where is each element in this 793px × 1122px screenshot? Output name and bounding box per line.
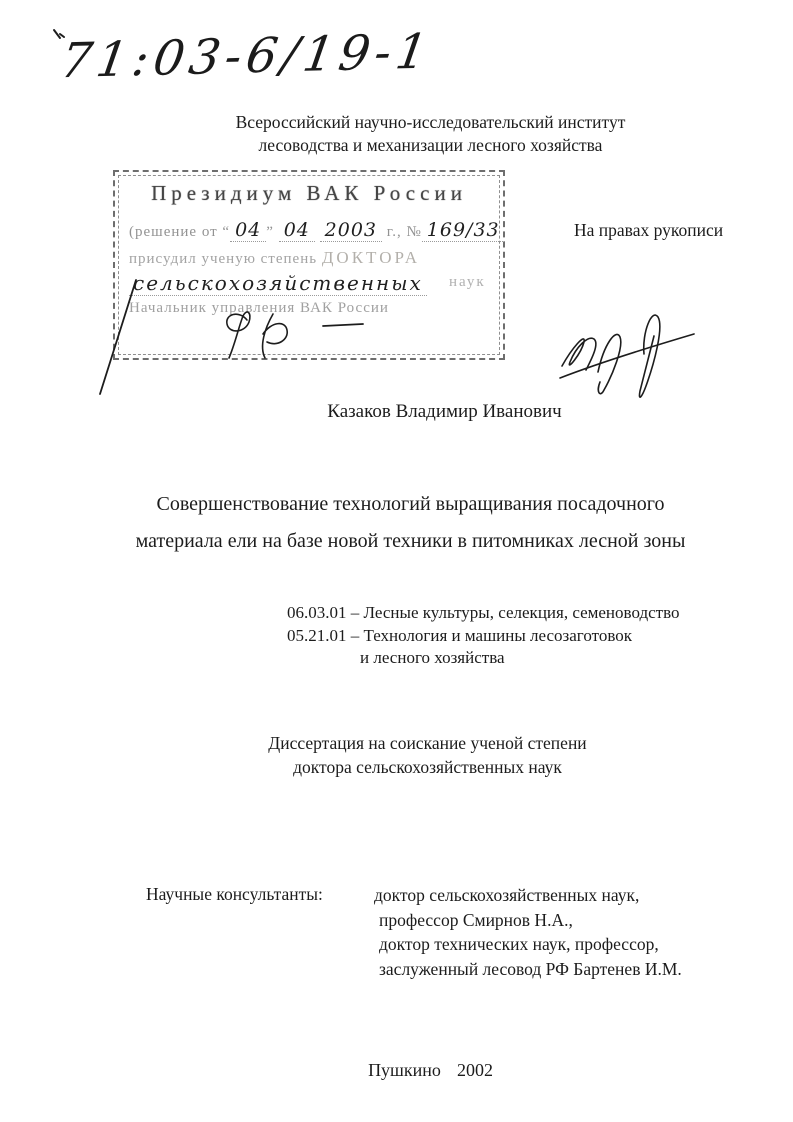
specialty-2: 05.21.01 – Технология и машины лесозагот… [287,625,680,648]
vak-stamp: Президиум ВАК России (решение от “04” 04… [113,170,505,360]
stamp-degree-value: ДОКТОРА [322,248,420,267]
stamp-decision-closequote: ” [266,224,274,240]
pen-stroke [92,278,142,398]
manuscript-note: На правах рукописи [574,220,774,241]
imprint: Пушкино2002 [34,1060,793,1081]
stamp-decision-prefix: (решение от “ [129,224,230,240]
consultants-list: доктор сельскохозяйственных наук, профес… [374,884,682,982]
dissertation-note-line1: Диссертация на соискание ученой степени [31,731,793,755]
stamp-field-line: сельскохозяйственных наук [129,271,427,295]
specialty-2-continued: и лесного хозяйства [360,647,680,670]
stamp-field-printed: наук [449,274,486,291]
author-signature [552,292,702,407]
institution-line2: лесоводства и механизации лесного хозяйс… [34,134,793,157]
imprint-year: 2002 [457,1060,493,1080]
imprint-city: Пушкино [368,1060,441,1080]
stamp-degree-prefix: присудил ученую степень [129,251,317,267]
consultants-label: Научные консультанты: [146,884,323,905]
consultant-degree-2: доктор технических наук, профессор, [379,933,682,957]
stamp-title: Президиум ВАК России [115,181,503,206]
dissertation-note-line2: доктора сельскохозяйственных наук [31,755,793,779]
author-name: Казаков Владимир Иванович [48,401,793,423]
dissertation-title-line1: Совершенствование технологий выращивания… [14,486,793,523]
stamp-decision-day: 04 [230,219,266,242]
stamp-degree-line: присудил ученую степень ДОКТОРА [129,248,420,268]
dissertation-note: Диссертация на соискание ученой степени … [31,731,793,779]
stamp-decision-number: 169/33 [422,219,505,242]
consultant-degree-1: доктор сельскохозяйственных наук, [374,884,682,908]
stamp-decision-month: 04 [279,219,315,242]
institution-line1: Всероссийский научно-исследовательский и… [34,111,793,134]
institution-name: Всероссийский научно-исследовательский и… [34,111,793,157]
consultant-name-2: заслуженный лесовод РФ Бартенев И.М. [379,958,682,982]
stamp-signature [195,300,425,362]
stamp-decision-middle: г., № [387,224,422,240]
inventory-number: 71:03-6/19-1 [57,23,467,89]
stamp-decision-line: (решение от “04” 04 2003 г., №169/33 [129,219,505,241]
dissertation-title: Совершенствование технологий выращивания… [14,486,793,560]
specialties: 06.03.01 – Лесные культуры, селекция, се… [287,602,680,670]
stamp-field-handwritten: сельскохозяйственных [129,271,427,296]
stamp-decision-year: 2003 [320,219,382,242]
specialty-1: 06.03.01 – Лесные культуры, селекция, се… [287,602,680,625]
dissertation-title-line2: материала ели на базе новой техники в пи… [14,523,793,560]
consultant-name-1: профессор Смирнов Н.А., [379,909,682,933]
